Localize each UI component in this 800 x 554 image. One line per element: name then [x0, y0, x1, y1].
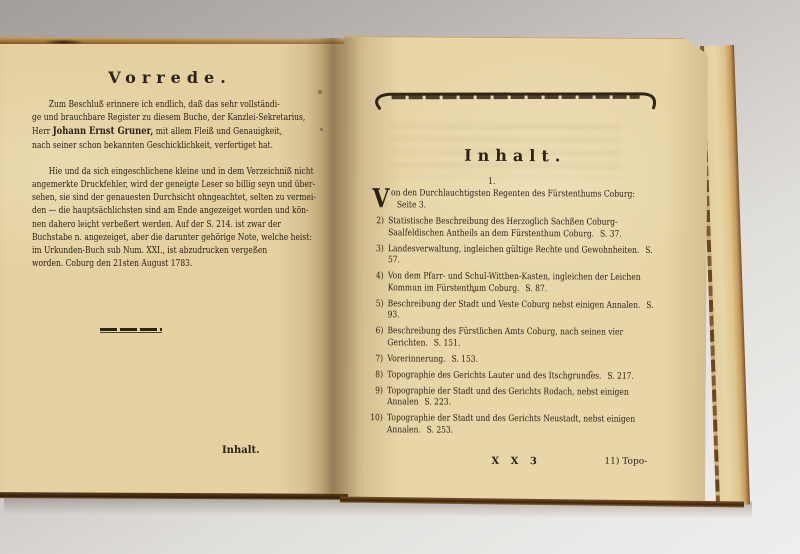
left-page-heading: Vorrede. — [32, 68, 308, 87]
divider-dashes — [100, 328, 162, 331]
toc-entry-title: Beschreibung der Stadt und Veste Coburg … — [388, 299, 641, 311]
toc-item-number: 9) — [368, 386, 383, 409]
paper-speck — [88, 226, 91, 228]
toc-item-text: Vorerinnerung.S. 153. — [387, 354, 660, 367]
toc-item-number: 8) — [368, 370, 383, 382]
paragraph-line: nen dahero leicht verbeßert werden. Auf … — [32, 219, 309, 232]
page-ref: S. 223. — [424, 397, 451, 407]
paragraph-line: Zum Beschluß erinnere ich endlich, daß d… — [32, 99, 309, 112]
toc-first-text: on den Durchlauchtigsten Regenten des Fü… — [391, 188, 635, 199]
toc-item: 3)Landesverwaltung, ingleichen gültige R… — [369, 244, 661, 269]
author-name: Johann Ernst Gruner, — [53, 126, 154, 137]
paper-speck — [320, 128, 323, 131]
toc-entry-title: Topographie des Gerichts Lauter und des … — [387, 370, 601, 381]
left-page: Vorrede. Zum Beschluß erinnere ich endli… — [0, 44, 344, 494]
section-number: 1. — [369, 176, 614, 187]
page-ref: S. 217. — [607, 371, 634, 381]
toc-item-number: 7) — [368, 354, 383, 366]
toc-item-text: Topographie des Gerichts Lauter und des … — [387, 370, 660, 383]
paragraph-gap — [32, 153, 309, 166]
toc-item: 6)Beschreibung des Fürstlichen Amts Cobu… — [368, 326, 660, 351]
page-ref: S. 151. — [434, 338, 461, 348]
paragraph-line: ge und brauchbare Register zu diesem Buc… — [32, 112, 309, 125]
paper-speck — [318, 90, 322, 94]
toc-item: 4)Von dem Pfarr- und Schul-Wittben-Kaste… — [368, 271, 660, 296]
toc-item-text: Topographie der Stadt und des Gerichts N… — [387, 413, 660, 438]
left-page-content: Vorrede. Zum Beschluß erinnere ich endli… — [0, 44, 344, 271]
toc-entry-title: Statistische Beschreibung des Herzoglich… — [388, 216, 617, 239]
divider-line — [100, 332, 162, 333]
right-page-bottom-row: X X 3 11) Topo- — [341, 455, 681, 457]
catchword-right: 11) Topo- — [604, 457, 647, 467]
toc-item-text: Landesverwaltung, ingleichen gültige Rec… — [388, 244, 661, 269]
page-ref: S. 153. — [451, 354, 478, 364]
toc-item-text: Statistische Beschreibung des Herzoglich… — [388, 216, 661, 241]
toc-item-number: 10) — [368, 413, 383, 436]
paragraph-line: nach seiner schon bekannten Geschicklich… — [32, 140, 309, 153]
name-line-pre: Herr — [32, 127, 50, 137]
paragraph-line: angemerkte Druckfehler, wird der geneigt… — [32, 179, 309, 192]
page-ref: S. 37. — [600, 229, 622, 239]
toc-item: 8)Topographie des Gerichts Lauter und de… — [368, 370, 660, 383]
toc-item-number: 2) — [369, 216, 384, 239]
paragraph-line: worden. Coburg den 21sten August 1783. — [32, 258, 309, 271]
toc-entry-title: Beschreibung des Fürstlichen Amts Coburg… — [387, 326, 623, 348]
toc-item: 2)Statistische Beschreibung des Herzogli… — [369, 216, 661, 241]
toc-item: 5)Beschreibung der Stadt und Veste Cobur… — [368, 299, 660, 324]
toc-item: 9)Topographie der Stadt und des Gerichts… — [368, 386, 660, 411]
page-ref: S. 87. — [525, 284, 547, 294]
preface-text: Zum Beschluß erinnere ich endlich, daß d… — [32, 99, 309, 271]
book-photo: Vorrede. Zum Beschluß erinnere ich endli… — [0, 0, 800, 554]
right-page: Inhalt. 1. Von den Durchlauchtigsten Reg… — [341, 36, 708, 505]
paper-speck — [472, 290, 475, 293]
toc-item-number: 6) — [368, 326, 383, 349]
paper-speck — [590, 371, 593, 373]
signature-mark: X X 3 — [491, 456, 541, 467]
toc-item-text: Beschreibung des Fürstlichen Amts Coburg… — [387, 326, 660, 351]
paragraph-line: Buchstabe n. angezeiget, aber die darunt… — [32, 232, 309, 245]
right-page-content: Inhalt. 1. Von den Durchlauchtigsten Reg… — [342, 37, 708, 438]
section-divider-rule — [100, 328, 162, 333]
toc-item-number: 4) — [368, 271, 383, 294]
toc-item-text: Beschreibung der Stadt und Veste Coburg … — [388, 299, 661, 324]
toc-item: 7)Vorerinnerung.S. 153. — [368, 354, 660, 367]
page-ref: Seite 3. — [397, 200, 426, 210]
paragraph-line-author: Herr Johann Ernst Gruner, mit allem Flei… — [32, 125, 309, 139]
toc-item-number: 3) — [369, 244, 384, 267]
catchword-left: Inhalt. — [222, 445, 260, 456]
toc-entry-title: Von dem Pfarr- und Schul-Wittben-Kasten,… — [388, 271, 641, 293]
toc-item-number: 5) — [368, 299, 383, 322]
paragraph-line: im Urkunden-Buch sub Num. XXI., ist abzu… — [32, 245, 309, 258]
toc-entry-title: Vorerinnerung. — [387, 354, 445, 364]
paragraph-line: den — die hauptsächlichsten sind am Ende… — [32, 205, 309, 218]
drop-cap-initial: V — [372, 188, 389, 210]
toc-entry-title: Topographie der Stadt und des Gerichts N… — [387, 413, 635, 435]
toc-item: 10)Topographie der Stadt und des Gericht… — [368, 413, 660, 438]
paragraph-line: sehen, sie sind der genauesten Durchsich… — [32, 192, 309, 205]
toc-item-first: Von den Durchlauchtigsten Regenten des F… — [369, 188, 661, 213]
table-of-contents: 1. Von den Durchlauchtigsten Regenten de… — [368, 176, 662, 438]
toc-entry-title: Landesverwaltung, ingleichen gültige Rec… — [388, 244, 639, 256]
toc-item-text: Topographie der Stadt und des Gerichts R… — [387, 386, 660, 411]
name-line-post: mit allem Fleiß und Genauigkeit, — [156, 127, 282, 137]
paragraph-line: Hie und da sich eingeschlichene kleine u… — [32, 166, 309, 179]
toc-item-text: Von dem Pfarr- und Schul-Wittben-Kasten,… — [388, 271, 661, 296]
header-rule-ornament — [370, 89, 662, 113]
showthrough-text-ghost — [391, 123, 621, 178]
page-ref: S. 253. — [427, 425, 454, 435]
